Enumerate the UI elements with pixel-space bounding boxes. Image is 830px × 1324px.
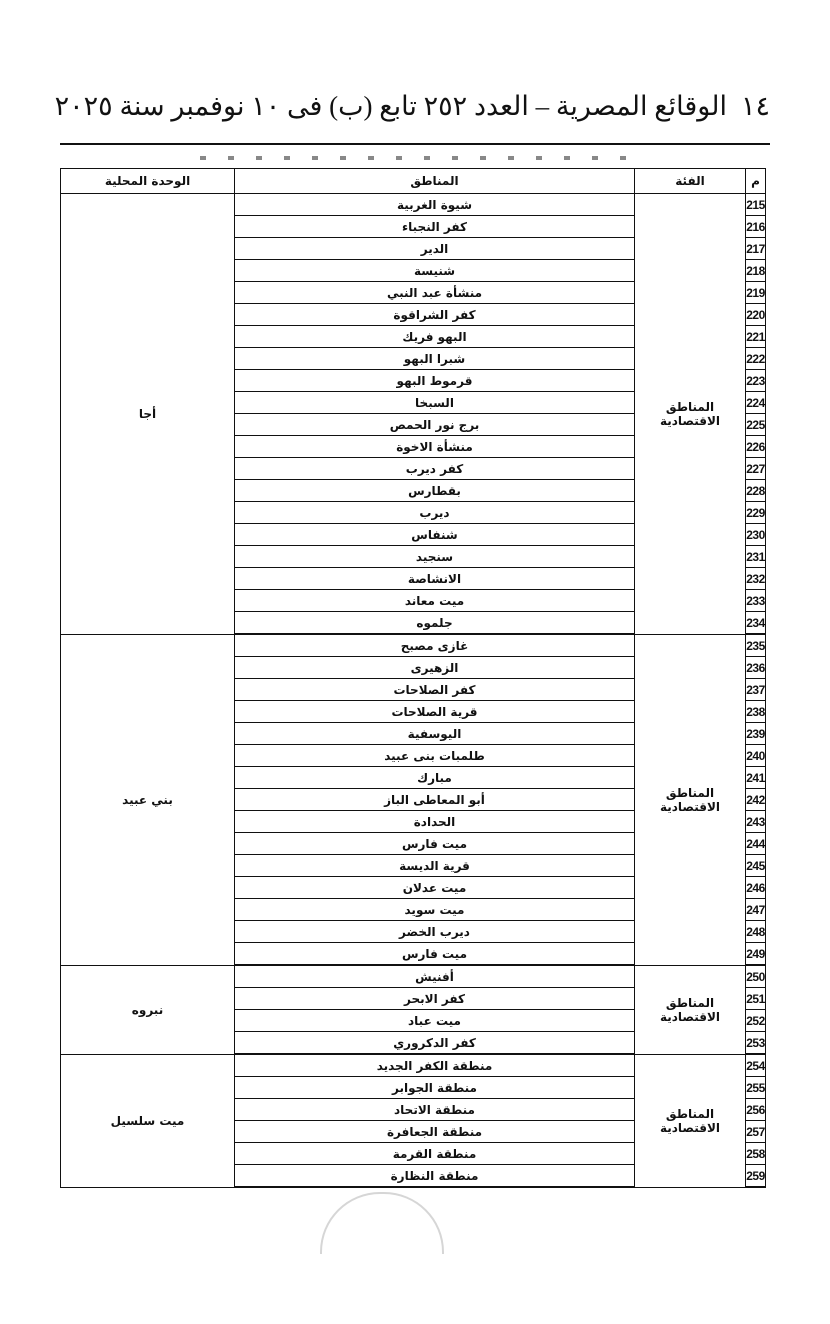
row-number: 227 <box>746 458 766 480</box>
row-number: 220 <box>746 304 766 326</box>
gazette-title: الوقائع المصرية – العدد ٢٥٢ تابع (ب) فى … <box>55 91 727 121</box>
column-header-local-unit: الوحدة المحلية <box>61 169 235 194</box>
local-unit-cell: ميت سلسيل <box>61 1054 235 1187</box>
area-name: منشأة عبد النبي <box>235 282 635 304</box>
row-number: 250 <box>746 965 766 988</box>
area-name: منطقة الجوابر <box>235 1077 635 1099</box>
column-header-num: م <box>746 169 766 194</box>
row-number: 228 <box>746 480 766 502</box>
row-number: 217 <box>746 238 766 260</box>
row-number: 253 <box>746 1032 766 1055</box>
area-name: الحدادة <box>235 811 635 833</box>
table-row: 250المناطق الاقتصاديةأفنيشنبروه <box>61 965 766 988</box>
local-unit-cell: أجا <box>61 194 235 635</box>
row-number: 258 <box>746 1143 766 1165</box>
area-name: ديرب <box>235 502 635 524</box>
area-name: قرموط البهو <box>235 370 635 392</box>
economic-zones-table: م الفئة المناطق الوحدة المحلية 215المناط… <box>60 168 766 1188</box>
area-name: الدير <box>235 238 635 260</box>
table-row: 215المناطق الاقتصاديةشيوة الغربيةأجا <box>61 194 766 216</box>
row-number: 226 <box>746 436 766 458</box>
area-name: أفنيش <box>235 965 635 988</box>
row-number: 237 <box>746 679 766 701</box>
area-name: قرية الديسة <box>235 855 635 877</box>
row-number: 224 <box>746 392 766 414</box>
area-name: برج نور الحمص <box>235 414 635 436</box>
row-number: 242 <box>746 789 766 811</box>
row-number: 255 <box>746 1077 766 1099</box>
category-cell: المناطق الاقتصادية <box>635 194 746 635</box>
row-number: 244 <box>746 833 766 855</box>
row-number: 229 <box>746 502 766 524</box>
row-number: 232 <box>746 568 766 590</box>
area-name: السبخا <box>235 392 635 414</box>
row-number: 238 <box>746 701 766 723</box>
area-name: كفر النجباء <box>235 216 635 238</box>
row-number: 240 <box>746 745 766 767</box>
row-number: 246 <box>746 877 766 899</box>
area-name: كفر ديرب <box>235 458 635 480</box>
row-number: 254 <box>746 1054 766 1077</box>
column-header-category: الفئة <box>635 169 746 194</box>
area-name: كفر الدكروري <box>235 1032 635 1055</box>
area-name: منطقة النظارة <box>235 1165 635 1188</box>
table-row: 235المناطق الاقتصاديةغازى مصبحبني عبيد <box>61 634 766 657</box>
row-number: 243 <box>746 811 766 833</box>
row-number: 216 <box>746 216 766 238</box>
category-cell: المناطق الاقتصادية <box>635 965 746 1054</box>
cropped-text-remnant <box>200 156 640 160</box>
header-rule <box>60 143 770 145</box>
column-header-areas: المناطق <box>235 169 635 194</box>
area-name: كفر الابحر <box>235 988 635 1010</box>
row-number: 245 <box>746 855 766 877</box>
area-name: ميت معاند <box>235 590 635 612</box>
row-number: 241 <box>746 767 766 789</box>
row-number: 225 <box>746 414 766 436</box>
area-name: أبو المعاطى الباز <box>235 789 635 811</box>
row-number: 215 <box>746 194 766 216</box>
row-number: 247 <box>746 899 766 921</box>
row-number: 234 <box>746 612 766 635</box>
row-number: 251 <box>746 988 766 1010</box>
page-number: ١٤ <box>741 91 770 121</box>
area-name: ميت سويد <box>235 899 635 921</box>
area-name: طلمبات بنى عبيد <box>235 745 635 767</box>
local-unit-cell: بني عبيد <box>61 634 235 965</box>
official-stamp <box>320 1192 444 1254</box>
area-name: شنفاس <box>235 524 635 546</box>
area-name: منطقة الجعافرة <box>235 1121 635 1143</box>
row-number: 223 <box>746 370 766 392</box>
row-number: 239 <box>746 723 766 745</box>
area-name: ميت فارس <box>235 943 635 966</box>
page-header: ١٤الوقائع المصرية – العدد ٢٥٢ تابع (ب) ف… <box>60 86 770 126</box>
area-name: اليوسفية <box>235 723 635 745</box>
area-name: منطقة القرمة <box>235 1143 635 1165</box>
row-number: 218 <box>746 260 766 282</box>
area-name: ديرب الخضر <box>235 921 635 943</box>
area-name: كفر الصلاحات <box>235 679 635 701</box>
category-cell: المناطق الاقتصادية <box>635 1054 746 1187</box>
row-number: 256 <box>746 1099 766 1121</box>
area-name: قرية الصلاحات <box>235 701 635 723</box>
local-unit-cell: نبروه <box>61 965 235 1054</box>
row-number: 252 <box>746 1010 766 1032</box>
row-number: 222 <box>746 348 766 370</box>
category-cell: المناطق الاقتصادية <box>635 634 746 965</box>
area-name: مبارك <box>235 767 635 789</box>
area-name: ميت عدلان <box>235 877 635 899</box>
area-name: جلموه <box>235 612 635 635</box>
area-name: منطقة الاتحاد <box>235 1099 635 1121</box>
area-name: سنجيد <box>235 546 635 568</box>
row-number: 233 <box>746 590 766 612</box>
row-number: 219 <box>746 282 766 304</box>
area-name: ميت عباد <box>235 1010 635 1032</box>
table-row: 254المناطق الاقتصاديةمنطقة الكفر الجديدم… <box>61 1054 766 1077</box>
row-number: 248 <box>746 921 766 943</box>
row-number: 231 <box>746 546 766 568</box>
area-name: شيوة الغربية <box>235 194 635 216</box>
area-name: شبرا البهو <box>235 348 635 370</box>
area-name: كفر الشراقوة <box>235 304 635 326</box>
area-name: منشأة الاخوة <box>235 436 635 458</box>
area-name: شنيسة <box>235 260 635 282</box>
row-number: 221 <box>746 326 766 348</box>
area-name: منطقة الكفر الجديد <box>235 1054 635 1077</box>
area-name: الزهيرى <box>235 657 635 679</box>
row-number: 230 <box>746 524 766 546</box>
area-name: الانشاصة <box>235 568 635 590</box>
table-header-row: م الفئة المناطق الوحدة المحلية <box>61 169 766 194</box>
row-number: 236 <box>746 657 766 679</box>
area-name: غازى مصبح <box>235 634 635 657</box>
area-name: ميت فارس <box>235 833 635 855</box>
row-number: 235 <box>746 634 766 657</box>
area-name: البهو فريك <box>235 326 635 348</box>
area-name: بقطارس <box>235 480 635 502</box>
row-number: 259 <box>746 1165 766 1188</box>
row-number: 249 <box>746 943 766 966</box>
row-number: 257 <box>746 1121 766 1143</box>
